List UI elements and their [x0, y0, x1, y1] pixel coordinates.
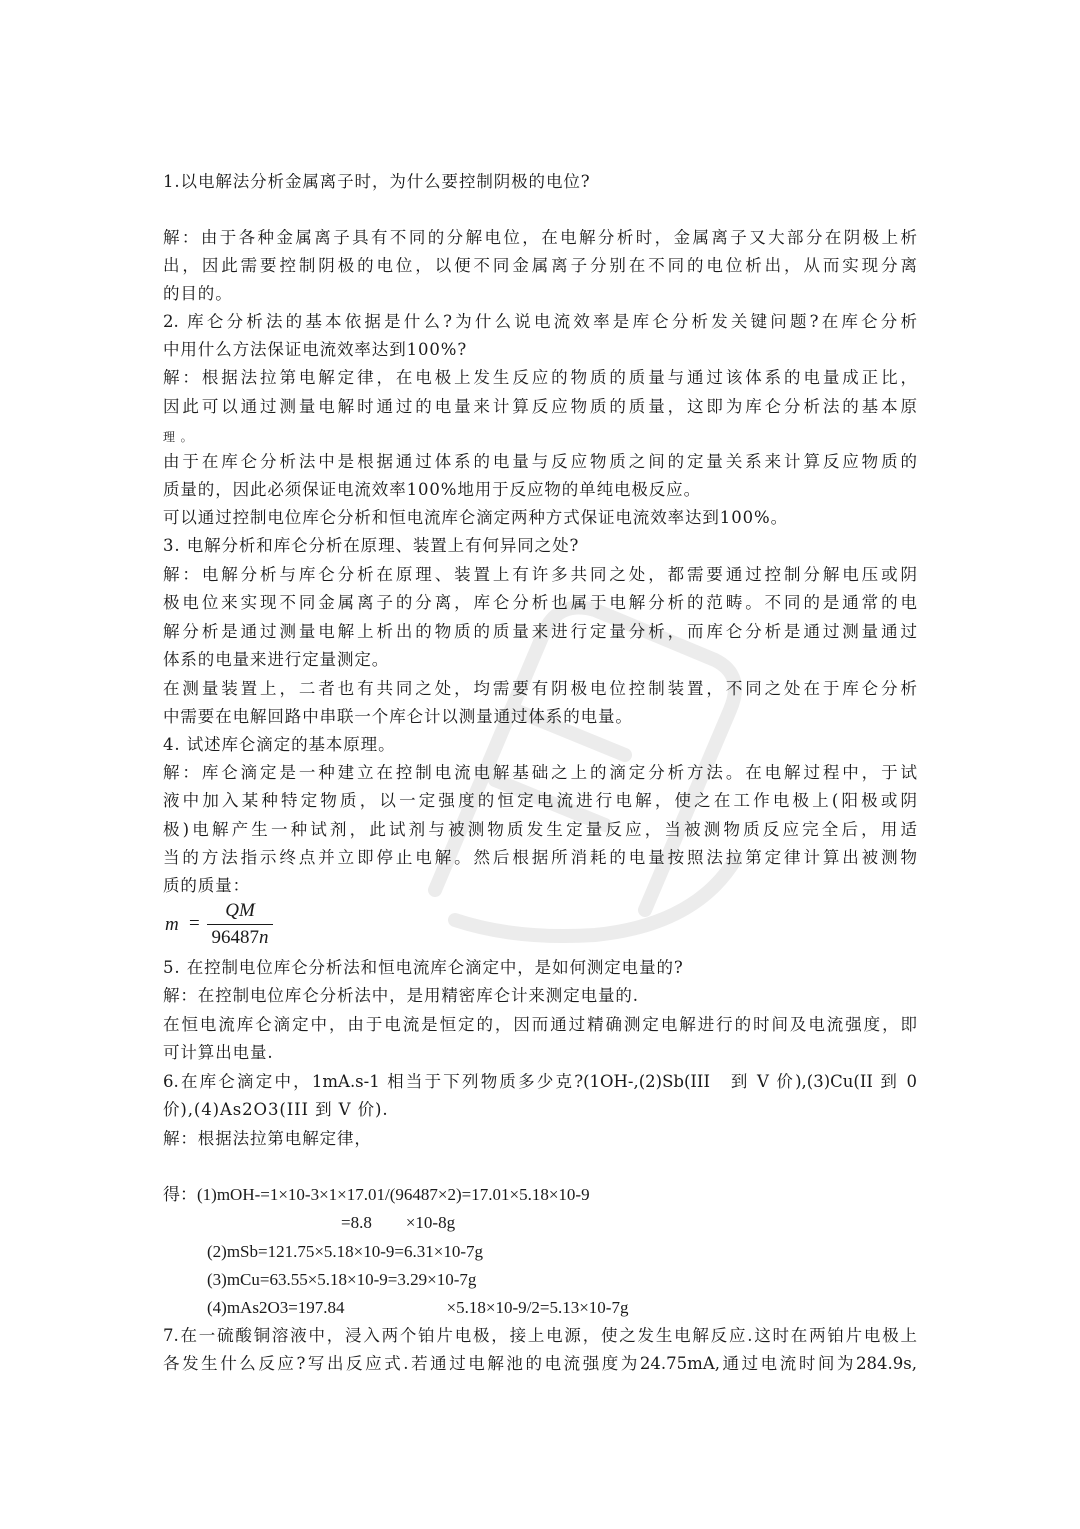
text-line-q2-2: 中用什么方法保证电流效率达到100%? [163, 338, 467, 362]
line-text: 价),(4)As2O3(III 到 V 价). [163, 1100, 388, 1119]
line-text: =8.8 ×10-8g [341, 1213, 455, 1232]
line-text: 由于在库仑分析法中是根据通过体系的电量与反应物质之间的定量关系来计算反应物质的 [163, 452, 917, 471]
text-line-a5-2: 在恒电流库仑滴定中，由于电流是恒定的，因而通过精确测定电解进行的时间及电流强度，… [163, 1013, 917, 1037]
denominator-number: 96487 [212, 927, 260, 948]
text-line-a2-2: 因此可以通过测量电解时通过的电量来计算反应物质的质量，这即为库仑分析法的基本原 [163, 395, 917, 419]
line-text: (4)mAs2O3=197.84 ×5.18×10-9/2=5.13×10-7g [207, 1298, 628, 1317]
line-text: 质的质量： [163, 876, 250, 895]
line-text: 的目的。 [163, 284, 233, 303]
text-line-c2: =8.8 ×10-8g [341, 1211, 455, 1235]
line-text: 得：(1)mOH-=1×10-3×1×17.01/(96487×2)=17.01… [163, 1185, 590, 1204]
text-line-a5-1: 解：在控制电位库仑分析法中，是用精密库仑计来测定电量的. [163, 984, 639, 1008]
formula-fraction: QM 96487n [207, 900, 273, 949]
text-line-a4-1: 解：库仑滴定是一种建立在控制电流电解基础之上的滴定分析方法。在电解过程中，于试 [163, 761, 917, 785]
text-line-a2-3: 理 。 [163, 424, 194, 449]
formula-lhs: m [165, 914, 179, 936]
text-line-a6-1: 解：根据法拉第电解定律， [163, 1127, 372, 1151]
line-text: 极)电解产生一种试剂，此试剂与被测物质发生定量反应，当被测物质反应完全后，用适 [163, 820, 917, 839]
text-line-q3: 3. 电解分析和库仑分析在原理、装置上有何异同之处? [163, 534, 579, 558]
text-line-a1-2: 出，因此需要控制阴极的电位，以便不同金属离子分别在不同的电位析出，从而实现分离 [163, 254, 917, 278]
text-line-a2-4: 由于在库仑分析法中是根据通过体系的电量与反应物质之间的定量关系来计算反应物质的 [163, 450, 917, 474]
text-line-q1: 1.以电解法分析金属离子时，为什么要控制阴极的电位? [163, 170, 591, 194]
line-text: (2)mSb=121.75×5.18×10-9=6.31×10-7g [207, 1242, 483, 1261]
text-line-q5: 5. 在控制电位库仑分析法和恒电流库仑滴定中，是如何测定电量的? [163, 956, 684, 980]
line-text: 解：在控制电位库仑分析法中，是用精密库仑计来测定电量的. [163, 986, 639, 1005]
line-text: 6.在库仑滴定中，1mA.s-1 相当于下列物质多少克?(1OH-,(2)Sb(… [163, 1072, 917, 1091]
text-line-q6-1: 6.在库仑滴定中，1mA.s-1 相当于下列物质多少克?(1OH-,(2)Sb(… [163, 1070, 917, 1094]
text-line-a5-3: 可计算出电量. [163, 1041, 274, 1065]
text-line-q6-2: 价),(4)As2O3(III 到 V 价). [163, 1098, 388, 1122]
line-text: 解：根据法拉第电解定律， [163, 1129, 372, 1148]
text-line-a3-6: 中需要在电解回路中串联一个库仑计以测量通过体系的电量。 [163, 705, 633, 729]
line-text: 解：电解分析与库仑分析在原理、装置上有许多共同之处，都需要通过控制分解电压或阴 [163, 565, 917, 584]
line-text: 液中加入某种特定物质，以一定强度的恒定电流进行电解，使之在工作电极上(阳极或阴 [163, 791, 917, 810]
text-line-a2-1: 解：根据法拉第电解定律，在电极上发生反应的物质的质量与通过该体系的电量成正比， [163, 366, 917, 390]
line-text: 当的方法指示终点并立即停止电解。然后根据所消耗的电量按照法拉第定律计算出被测物 [163, 848, 917, 867]
line-text: 4. 试述库仑滴定的基本原理。 [163, 735, 396, 754]
line-text: 1.以电解法分析金属离子时，为什么要控制阴极的电位? [163, 172, 591, 191]
text-line-a4-2: 液中加入某种特定物质，以一定强度的恒定电流进行电解，使之在工作电极上(阳极或阴 [163, 789, 917, 813]
text-line-q7-1: 7.在一硫酸铜溶液中，浸入两个铂片电极，接上电源，使之发生电解反应.这时在两铂片… [163, 1324, 917, 1348]
formula-numerator: QM [207, 900, 273, 922]
line-text: 解：根据法拉第电解定律，在电极上发生反应的物质的质量与通过该体系的电量成正比， [163, 368, 917, 387]
line-text: 理 。 [163, 430, 194, 444]
line-text: 可以通过控制电位库仑分析和恒电流库仑滴定两种方式保证电流效率达到100%。 [163, 508, 788, 527]
text-line-a1-3: 的目的。 [163, 282, 233, 306]
document-page: 1.以电解法分析金属离子时，为什么要控制阴极的电位?解：由于各种金属离子具有不同… [0, 0, 1080, 1529]
text-line-a4-3: 极)电解产生一种试剂，此试剂与被测物质发生定量反应，当被测物质反应完全后，用适 [163, 818, 917, 842]
line-text: 在恒电流库仑滴定中，由于电流是恒定的，因而通过精确测定电解进行的时间及电流强度，… [163, 1015, 917, 1034]
line-text: 解分析是通过测量电解上析出的物质的质量来进行定量分析，而库仑分析是通过测量通过 [163, 622, 917, 641]
text-line-a3-2: 极电位来实现不同金属离子的分离，库仑分析也属于电解分析的范畴。不同的是通常的电 [163, 591, 917, 615]
line-text: 在测量装置上，二者也有共同之处，均需要有阴极电位控制装置，不同之处在于库仑分析 [163, 679, 917, 698]
text-line-q4: 4. 试述库仑滴定的基本原理。 [163, 733, 396, 757]
text-line-q7-2: 各发生什么反应?写出反应式.若通过电解池的电流强度为24.75mA,通过电流时间… [163, 1352, 917, 1376]
text-line-c5: (4)mAs2O3=197.84 ×5.18×10-9/2=5.13×10-7g [207, 1296, 628, 1320]
text-line-c3: (2)mSb=121.75×5.18×10-9=6.31×10-7g [207, 1240, 483, 1264]
text-line-a3-1: 解：电解分析与库仑分析在原理、装置上有许多共同之处，都需要通过控制分解电压或阴 [163, 563, 917, 587]
line-text: (3)mCu=63.55×5.18×10-9=3.29×10-7g [207, 1270, 476, 1289]
line-text: 3. 电解分析和库仑分析在原理、装置上有何异同之处? [163, 536, 579, 555]
text-line-a1-1: 解：由于各种金属离子具有不同的分解电位，在电解分析时，金属离子又大部分在阴极上析 [163, 226, 917, 250]
line-text: 中用什么方法保证电流效率达到100%? [163, 340, 467, 359]
text-line-a3-4: 体系的电量来进行定量测定。 [163, 648, 389, 672]
text-line-q2-1: 2. 库仑分析法的基本依据是什么?为什么说电流效率是库仑分析发关键问题?在库仑分… [163, 310, 917, 334]
fraction-bar [207, 924, 273, 925]
line-text: 解：由于各种金属离子具有不同的分解电位，在电解分析时，金属离子又大部分在阴极上析 [163, 228, 917, 247]
line-text: 2. 库仑分析法的基本依据是什么?为什么说电流效率是库仑分析发关键问题?在库仑分… [163, 312, 917, 331]
formula-equals: = [189, 913, 200, 935]
line-text: 因此可以通过测量电解时通过的电量来计算反应物质的质量，这即为库仑分析法的基本原 [163, 397, 917, 416]
text-line-c1: 得：(1)mOH-=1×10-3×1×17.01/(96487×2)=17.01… [163, 1183, 590, 1207]
text-line-c4: (3)mCu=63.55×5.18×10-9=3.29×10-7g [207, 1268, 476, 1292]
line-text: 5. 在控制电位库仑分析法和恒电流库仑滴定中，是如何测定电量的? [163, 958, 684, 977]
denominator-variable: n [259, 927, 269, 948]
text-line-a3-5: 在测量装置上，二者也有共同之处，均需要有阴极电位控制装置，不同之处在于库仑分析 [163, 677, 917, 701]
formula-denominator: 96487n [207, 927, 273, 949]
line-text: 体系的电量来进行定量测定。 [163, 650, 389, 669]
line-text: 各发生什么反应?写出反应式.若通过电解池的电流强度为24.75mA,通过电流时间… [163, 1354, 917, 1373]
line-text: 极电位来实现不同金属离子的分离，库仑分析也属于电解分析的范畴。不同的是通常的电 [163, 593, 917, 612]
line-text: 中需要在电解回路中串联一个库仑计以测量通过体系的电量。 [163, 707, 633, 726]
text-line-a2-6: 可以通过控制电位库仑分析和恒电流库仑滴定两种方式保证电流效率达到100%。 [163, 506, 788, 530]
line-text: 可计算出电量. [163, 1043, 274, 1062]
line-text: 解：库仑滴定是一种建立在控制电流电解基础之上的滴定分析方法。在电解过程中，于试 [163, 763, 917, 782]
line-text: 出，因此需要控制阴极的电位，以便不同金属离子分别在不同的电位析出，从而实现分离 [163, 256, 917, 275]
text-line-a2-5: 质量的，因此必须保证电流效率100%地用于反应物的单纯电极反应。 [163, 478, 701, 502]
line-text: 7.在一硫酸铜溶液中，浸入两个铂片电极，接上电源，使之发生电解反应.这时在两铂片… [163, 1326, 917, 1345]
text-line-a3-3: 解分析是通过测量电解上析出的物质的质量来进行定量分析，而库仑分析是通过测量通过 [163, 620, 917, 644]
text-line-a4-5: 质的质量： [163, 874, 250, 898]
line-text: 质量的，因此必须保证电流效率100%地用于反应物的单纯电极反应。 [163, 480, 701, 499]
text-line-a4-4: 当的方法指示终点并立即停止电解。然后根据所消耗的电量按照法拉第定律计算出被测物 [163, 846, 917, 870]
